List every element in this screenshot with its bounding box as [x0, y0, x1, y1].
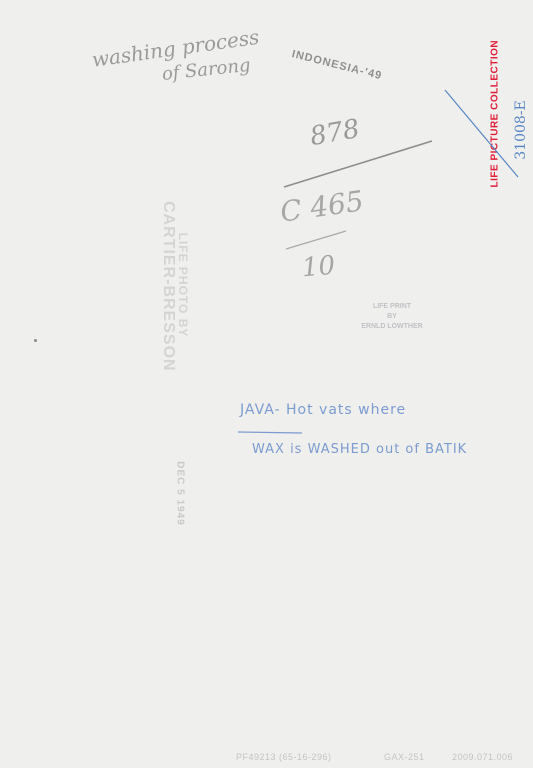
- pin-mark: [34, 339, 37, 342]
- blue-caption-line2: WAX is WASHED out of BATIK: [252, 442, 467, 457]
- date-stamp: DEC 5 1949: [175, 454, 186, 534]
- photographer-stamp-line2: CARTIER-BRESSON: [159, 201, 177, 361]
- bottom-reference-2: GAX-251: [384, 752, 425, 762]
- blue-reference-number: 31008-E: [513, 95, 529, 165]
- bottom-reference-3: 2009.071.006: [452, 752, 513, 762]
- location-stamp: INDONESIA-'49: [291, 48, 384, 82]
- blue-underline: [236, 428, 306, 438]
- print-stamp-line1: LIFE PRINT: [352, 302, 432, 312]
- photographer-stamp-line1: LIFE PHOTO BY: [176, 220, 190, 350]
- bottom-reference-1: PF49213 (65-16-296): [236, 752, 332, 762]
- print-stamp-line3: ERNLD LOWTHER: [352, 322, 432, 332]
- print-stamp-line2: BY: [352, 312, 432, 322]
- print-stamp: LIFE PRINT BY ERNLD LOWTHER: [352, 302, 432, 332]
- pencil-divider-line-2: [282, 225, 352, 255]
- blue-caption-line1: JAVA- Hot vats where: [240, 402, 406, 418]
- pencil-number-10: 10: [301, 251, 337, 284]
